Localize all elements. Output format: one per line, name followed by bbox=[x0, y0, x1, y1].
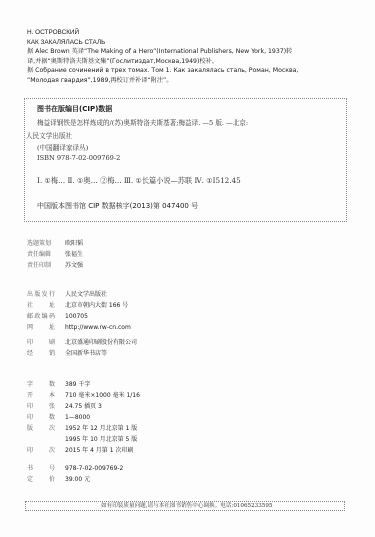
distributor-label: 经 销 bbox=[27, 348, 55, 359]
label-char: 行 bbox=[49, 289, 55, 300]
spec-label: 开 本 bbox=[27, 390, 55, 401]
address-label: 社 址 bbox=[27, 300, 55, 311]
spec-row: 1995 年 10 月北京第 5 版 bbox=[27, 434, 327, 445]
label-char: 出 bbox=[27, 289, 33, 300]
label-char: 邮 bbox=[27, 311, 33, 322]
cip-record-number: 中国版本图书馆 CIP 数据核字(2013)第 047400 号 bbox=[37, 201, 198, 211]
label-char: 数 bbox=[49, 379, 55, 390]
word-count: 389 千字 bbox=[65, 379, 90, 390]
label-char: 张 bbox=[49, 401, 55, 412]
quality-notice-box: 如有印装质量问题,请与本社图书销售中心调换。电话:01065233595 bbox=[25, 501, 345, 511]
label-char: 开 bbox=[27, 390, 33, 401]
label-char: 刷 bbox=[49, 337, 55, 348]
publisher-row: 出 版 发 行 人民文学出版社 bbox=[27, 289, 327, 300]
label-char: 号 bbox=[49, 463, 55, 474]
quality-notice-text: 如有印装质量问题,请与本社图书销售中心调换。电话:01065233595 bbox=[100, 502, 273, 510]
label-char: 发 bbox=[42, 289, 48, 300]
cip-series: (中国翻译家译丛) bbox=[37, 142, 88, 152]
publisher-info: 出 版 发 行 人民文学出版社 社 址 北京市朝内大街 166 号 邮 政 编 … bbox=[27, 289, 327, 333]
label-char: 址 bbox=[49, 322, 55, 333]
publisher-row: 网 址 http://www.rw-cn.com bbox=[27, 322, 327, 333]
publisher-address: 北京市朝内大街 166 号 bbox=[65, 300, 128, 311]
spec-label: 字 数 bbox=[27, 379, 55, 390]
label-char: 政 bbox=[34, 311, 40, 322]
label-char: 次 bbox=[49, 423, 55, 434]
postcode-label: 邮 政 编 码 bbox=[27, 311, 55, 322]
printing-impression: 2015 年 4 月第 1 次印刷 bbox=[65, 445, 133, 456]
label-char: 价 bbox=[49, 474, 55, 485]
publisher-row: 邮 政 编 码 100705 bbox=[27, 311, 327, 322]
credit-label: 责任印制 bbox=[27, 260, 65, 271]
publisher-postcode: 100705 bbox=[65, 311, 88, 322]
spec-label: 印 张 bbox=[27, 401, 55, 412]
printer-label: 印 刷 bbox=[27, 337, 55, 348]
label-char: 编 bbox=[42, 311, 48, 322]
spec-row: 印 次 2015 年 4 月第 1 次印刷 bbox=[27, 445, 327, 456]
label-char: 经 bbox=[27, 348, 33, 359]
cip-title: 图书在版编目(CIP)数据 bbox=[37, 104, 112, 114]
printing-row: 经 销 全国新华书店等 bbox=[27, 348, 327, 359]
label-char: 网 bbox=[27, 322, 33, 333]
source-info: Н. ОСТРОВСКИЙ КАК ЗАКАЛЯЛАСЬ СТАЛЬ 据 Ale… bbox=[27, 28, 357, 86]
printing-row: 印 刷 北京盛通印刷股份有限公司 bbox=[27, 337, 327, 348]
label-char: 字 bbox=[27, 379, 33, 390]
isbn-row: 书 号 978-7-02-009769-2 bbox=[27, 463, 327, 474]
cip-classification: Ⅰ. ①梅… Ⅱ. ①奥… ②梅… Ⅲ. ①长篇小说—苏联 Ⅳ. ①I512.4… bbox=[37, 176, 241, 186]
publisher-label: 出 版 发 行 bbox=[27, 289, 55, 300]
isbn-price: 书 号 978-7-02-009769-2 定 价 39.00 元 bbox=[27, 463, 327, 485]
label-char: 版 bbox=[34, 289, 40, 300]
book-specs: 字 数 389 千字 开 本 710 毫米×1000 毫米 1/16 印 张 2… bbox=[27, 379, 327, 456]
credit-value: 欧阳韬 bbox=[65, 238, 83, 249]
label-char: 版 bbox=[27, 423, 33, 434]
translation-source-line: 译,并据“奥斯特洛夫斯基文集”(Гослитиздат,Москва,1949)… bbox=[27, 57, 357, 67]
label-char: 销 bbox=[49, 348, 55, 359]
title-russian: КАК ЗАКАЛЯЛАСЬ СТАЛЬ bbox=[27, 38, 357, 48]
label-char: 书 bbox=[27, 463, 33, 474]
credit-row: 责任印制 苏文强 bbox=[27, 260, 327, 271]
credit-value: 张福生 bbox=[65, 249, 83, 260]
label-char: 社 bbox=[27, 300, 33, 311]
publisher-name: 人民文学出版社 bbox=[65, 289, 107, 300]
printer-name: 北京盛通印刷股份有限公司 bbox=[65, 337, 137, 348]
spec-row: 开 本 710 毫米×1000 毫米 1/16 bbox=[27, 390, 327, 401]
spec-row: 版 次 1952 年 12 月北京第 1 版 bbox=[27, 423, 327, 434]
spec-label: 印 数 bbox=[27, 412, 55, 423]
label-char: 本 bbox=[49, 390, 55, 401]
price-value: 39.00 元 bbox=[65, 474, 90, 485]
isbn-label: 书 号 bbox=[27, 463, 55, 474]
label-char: 印 bbox=[27, 337, 33, 348]
copyright-page: Н. ОСТРОВСКИЙ КАК ЗАКАЛЯЛАСЬ СТАЛЬ 据 Ale… bbox=[0, 0, 375, 537]
edition-fifth: 1995 年 10 月北京第 5 版 bbox=[65, 434, 137, 445]
label-char: 印 bbox=[27, 412, 33, 423]
spec-label bbox=[27, 434, 55, 445]
spec-label: 印 次 bbox=[27, 445, 55, 456]
label-char: 定 bbox=[27, 474, 33, 485]
translation-source-line: 据 Alec Brown 英译“The Making of a Hero”(In… bbox=[27, 47, 357, 57]
cip-data-box: 图书在版编目(CIP)数据 梅益译钢铁是怎样炼成的/(苏)奥斯特洛夫斯基著;梅益… bbox=[24, 98, 347, 222]
spec-row: 印 数 1—8000 bbox=[27, 412, 327, 423]
printed-sheets: 24.75 插页 3 bbox=[65, 401, 102, 412]
translation-source-line: 据 Собрание сочинений в трех томах. Том 1… bbox=[27, 66, 357, 76]
edition-first: 1952 年 12 月北京第 1 版 bbox=[65, 423, 137, 434]
spec-label: 版 次 bbox=[27, 423, 55, 434]
format-size: 710 毫米×1000 毫米 1/16 bbox=[65, 390, 140, 401]
print-run: 1—8000 bbox=[65, 412, 90, 423]
cip-bibliographic-line: 梅益译钢铁是怎样炼成的/(苏)奥斯特洛夫斯基著;梅益译. —5 版. —北京: bbox=[37, 117, 248, 127]
distributor-name: 全国新华书店等 bbox=[65, 348, 107, 359]
author-russian: Н. ОСТРОВСКИЙ bbox=[27, 28, 357, 38]
cip-isbn: ISBN 978-7-02-009769-2 bbox=[37, 154, 120, 162]
printing-info: 印 刷 北京盛通印刷股份有限公司 经 销 全国新华书店等 bbox=[27, 337, 327, 359]
label-char: 印 bbox=[27, 445, 33, 456]
credit-label: 选题策划 bbox=[27, 238, 65, 249]
label-char: 码 bbox=[49, 311, 55, 322]
isbn-value: 978-7-02-009769-2 bbox=[65, 463, 123, 474]
staff-credits: 选题策划 欧阳韬 责任编辑 张福生 责任印制 苏文强 bbox=[27, 238, 327, 271]
credit-row: 选题策划 欧阳韬 bbox=[27, 238, 327, 249]
website-label: 网 址 bbox=[27, 322, 55, 333]
credit-value: 苏文强 bbox=[65, 260, 83, 271]
credit-row: 责任编辑 张福生 bbox=[27, 249, 327, 260]
label-char: 次 bbox=[49, 445, 55, 456]
translation-source-line: “Молодая гвардия”,1989,再校订并补译“附注”。 bbox=[27, 76, 357, 86]
price-row: 定 价 39.00 元 bbox=[27, 474, 327, 485]
price-label: 定 价 bbox=[27, 474, 55, 485]
label-char: 印 bbox=[27, 401, 33, 412]
publisher-row: 社 址 北京市朝内大街 166 号 bbox=[27, 300, 327, 311]
label-char: 数 bbox=[49, 412, 55, 423]
credit-label: 责任编辑 bbox=[27, 249, 65, 260]
label-char: 址 bbox=[49, 300, 55, 311]
spec-row: 字 数 389 千字 bbox=[27, 379, 327, 390]
cip-publisher: 人民文学出版社 bbox=[26, 130, 72, 140]
publisher-website: http://www.rw-cn.com bbox=[65, 322, 131, 333]
spec-row: 印 张 24.75 插页 3 bbox=[27, 401, 327, 412]
